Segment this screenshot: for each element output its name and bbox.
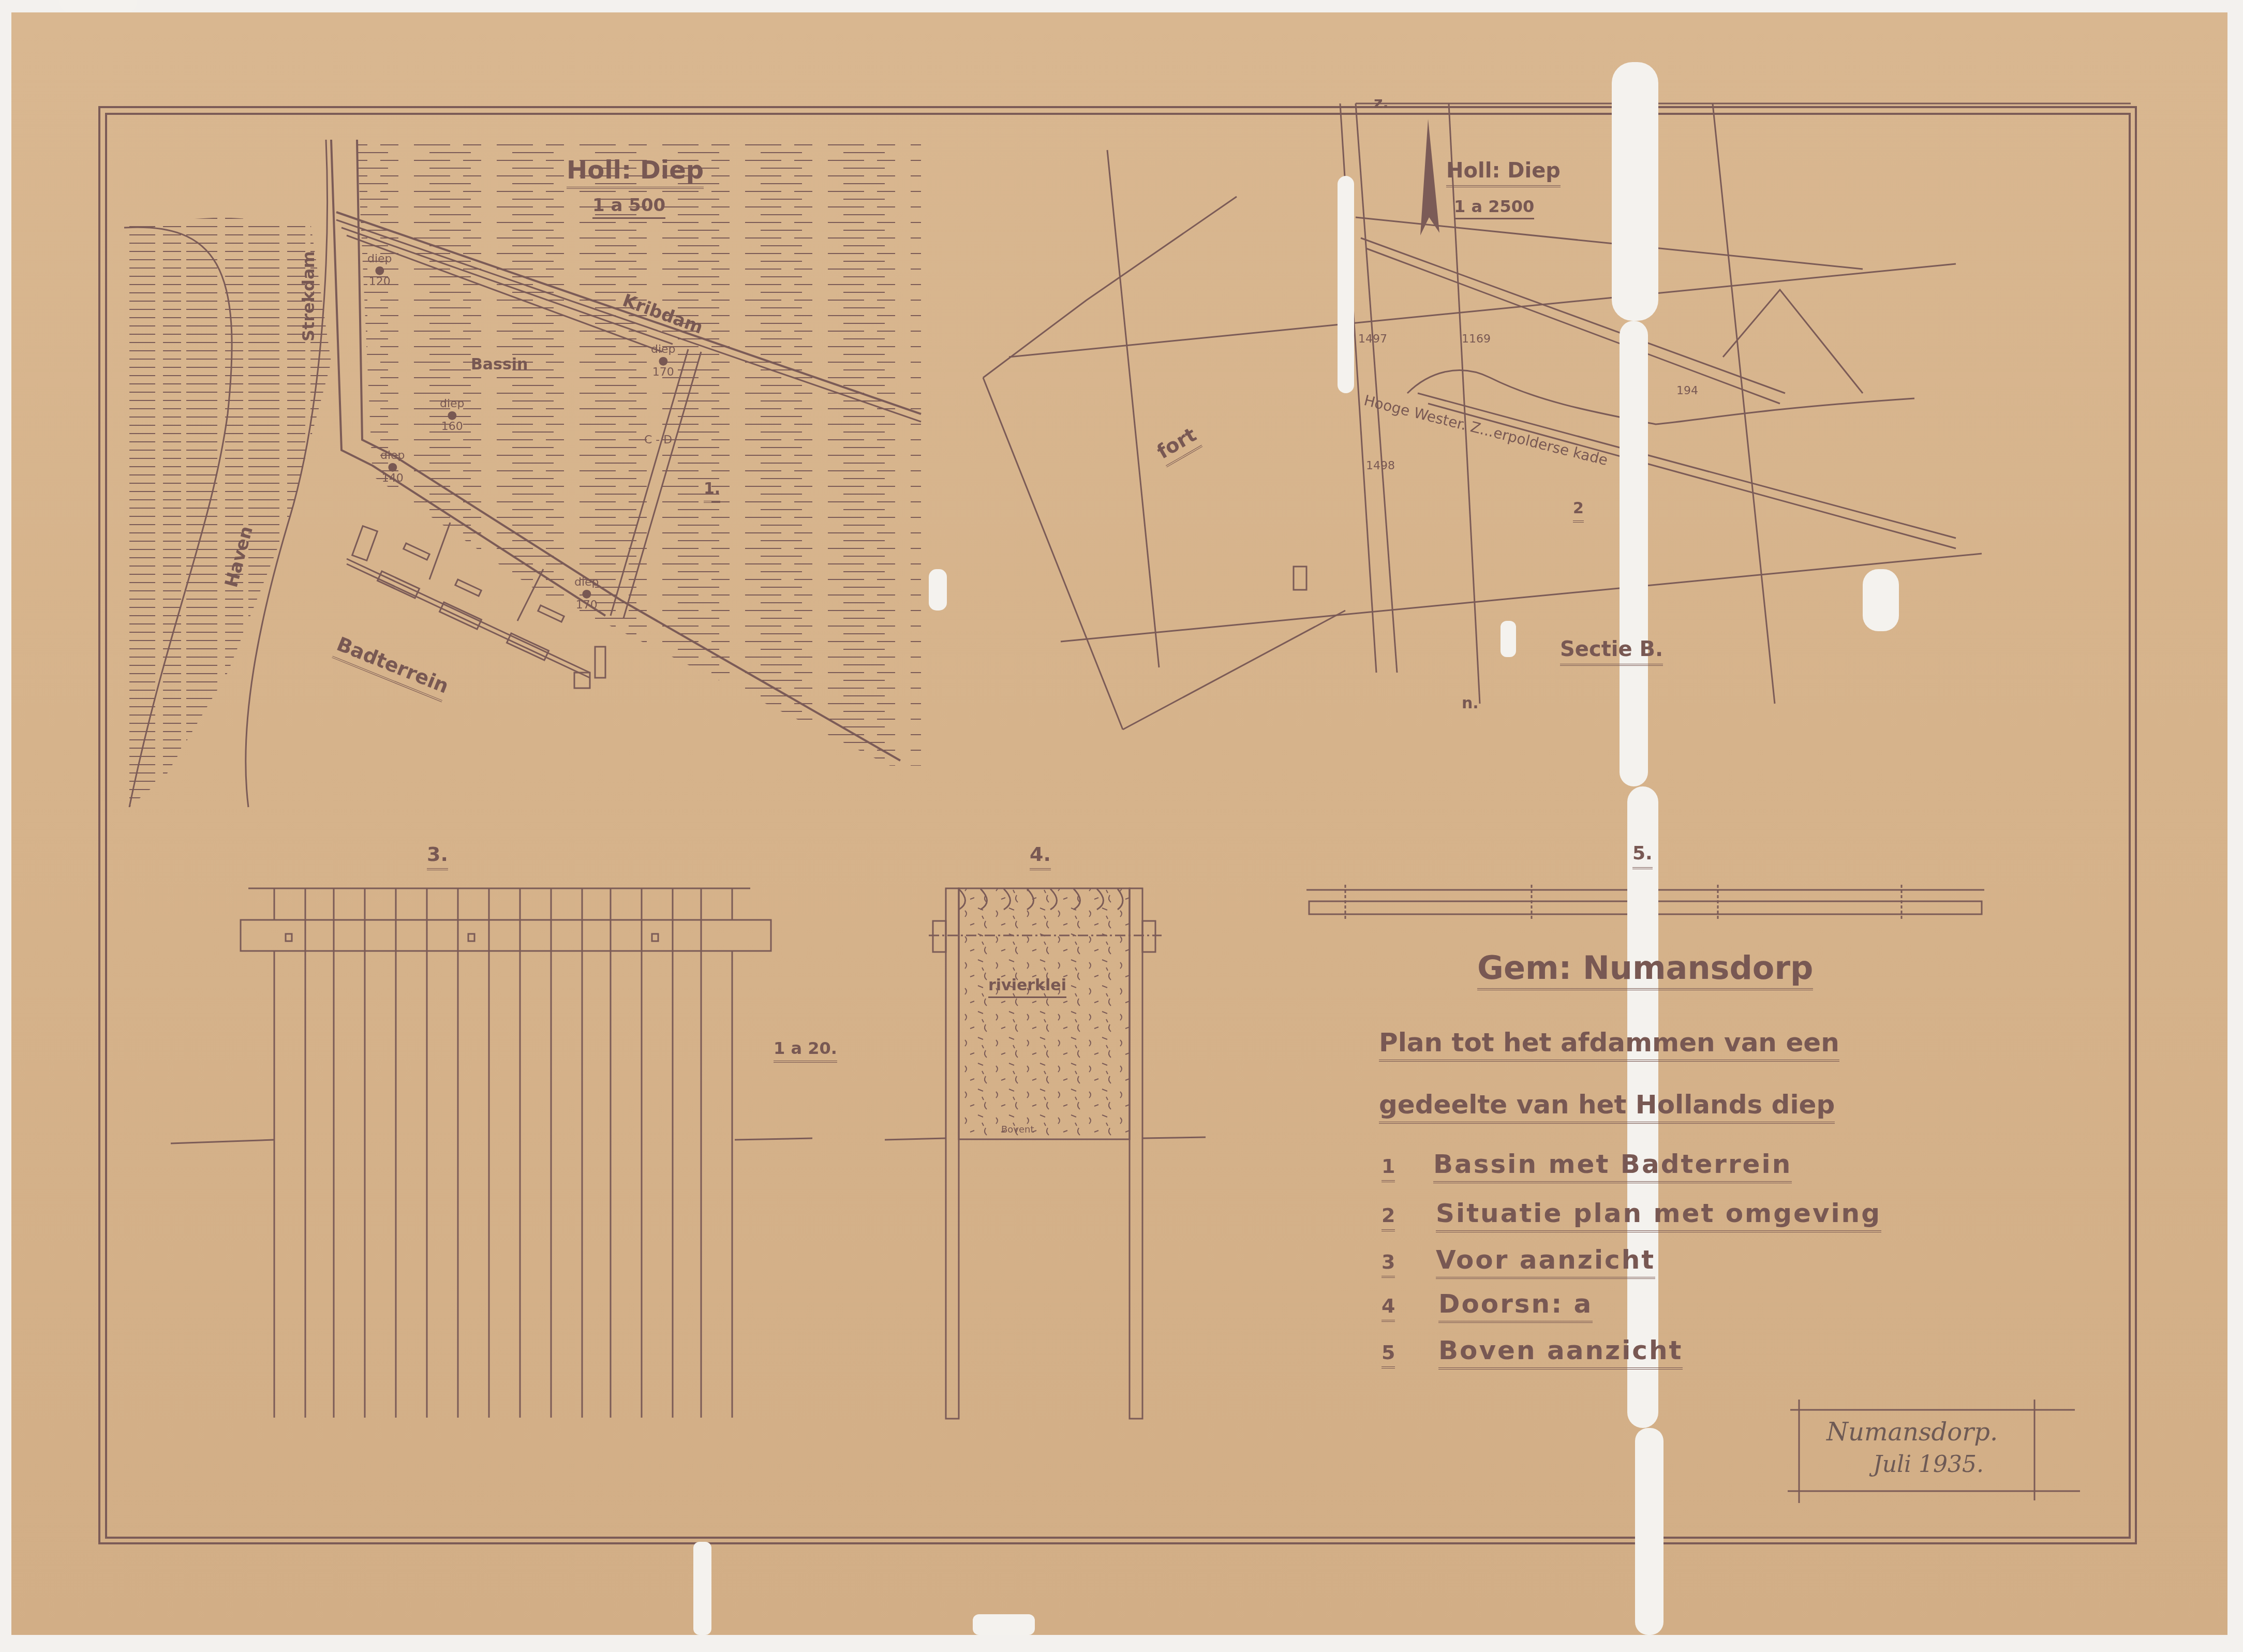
legend-item-5-text: Boven aanzicht <box>1438 1337 1683 1370</box>
paper-tear-small-3 <box>1501 621 1516 657</box>
depth-marker-5: diep●170 <box>574 577 599 611</box>
paper-tear-small-1 <box>929 569 947 611</box>
depth-marker-2: diep●170 <box>651 344 676 378</box>
title-line-2: gedeelte van het Hollands diep <box>1379 1092 1835 1124</box>
title-line-1: Plan tot het afdammen van een <box>1379 1030 1839 1062</box>
legend-item-2-num: 2 <box>1382 1205 1395 1231</box>
paper-tear-vertical-2 <box>1620 321 1648 786</box>
map-1-bassin-label: Bassin <box>471 357 528 373</box>
map-2-title: Holl: Diep <box>1446 160 1561 187</box>
map-2-section-marker: 2 <box>1573 501 1584 523</box>
paper-tear-left <box>1338 176 1354 393</box>
legend-item-1-num: 1 <box>1382 1156 1395 1182</box>
section-4-marker: 4. <box>1030 844 1051 870</box>
legend-item-4-num: 4 <box>1382 1296 1395 1322</box>
map-2-north-label: n. <box>1462 696 1479 711</box>
section-3-marker: 3. <box>427 844 448 870</box>
map-1-scale: 1 a 500 <box>592 197 665 219</box>
map-1-title: Holl: Diep <box>567 158 704 189</box>
section-4-ground-label: Bovent <box>1001 1125 1034 1135</box>
legend-item-3-text: Voor aanzicht <box>1436 1247 1655 1279</box>
signature-place: Numansdorp. <box>1826 1418 1998 1447</box>
section-3-scale: 1 a 20. <box>774 1040 837 1063</box>
legend-item-1-text: Bassin met Badterrein <box>1433 1151 1792 1183</box>
map-1-strekdam-label: Strekdam <box>300 251 317 341</box>
legend-item-3-num: 3 <box>1382 1252 1395 1278</box>
depth-marker-3: diep●160 <box>440 398 465 433</box>
section-5-marker: 5. <box>1632 844 1653 869</box>
paper-tear-small-2 <box>1863 569 1899 631</box>
drawing-linework <box>0 0 2243 1652</box>
section-4-fill-label: rivierklei <box>988 978 1066 998</box>
paper-tear-vertical-4 <box>1635 1428 1663 1635</box>
parcel-number-4: 1498 <box>1366 460 1395 472</box>
legend-item-5-num: 5 <box>1382 1343 1395 1368</box>
signature-date: Juli 1935. <box>1873 1451 1984 1478</box>
paper-tear-bottom-1 <box>693 1542 711 1635</box>
map-1-cut-line-label: C - D <box>644 435 672 446</box>
section-3-drawing <box>171 888 812 1418</box>
paper-tear-top <box>60 0 137 12</box>
legend-item-2-text: Situatie plan met omgeving <box>1436 1200 1881 1232</box>
map-2-header-marker: z. <box>1374 96 1389 111</box>
parcel-number-2: 1169 <box>1462 334 1491 345</box>
north-arrow <box>1420 119 1439 235</box>
map-2-sectie-label: Sectie B. <box>1560 639 1663 666</box>
depth-marker-1: diep●120 <box>367 254 392 288</box>
title-municipality: Gem: Numansdorp <box>1477 952 1813 990</box>
map-1-section-marker: 1. <box>704 481 720 503</box>
paper-tear-vertical-1 <box>1612 62 1658 321</box>
section-4-drawing <box>885 888 1206 1419</box>
parcel-number-3: 194 <box>1676 385 1698 397</box>
map-2-scale: 1 a 2500 <box>1454 198 1534 219</box>
paper-tear-bottom-2 <box>973 1614 1035 1635</box>
depth-marker-4: diep●140 <box>380 450 405 484</box>
legend-item-4-text: Doorsn: a <box>1438 1291 1593 1323</box>
parcel-number-1: 1497 <box>1358 334 1387 345</box>
